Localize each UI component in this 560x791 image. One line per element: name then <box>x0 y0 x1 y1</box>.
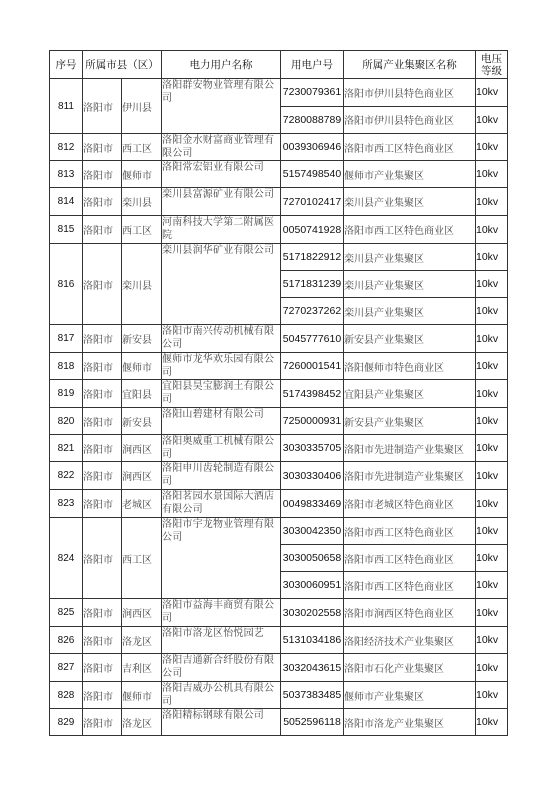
account-cell: 7250000931 <box>281 408 344 435</box>
voltage-cell: 10kv <box>476 161 508 188</box>
table-row: 821洛阳市涧西区洛阳奥威重工机械有限公司3030335705洛阳市先进制造产业… <box>50 435 508 462</box>
voltage-cell: 10kv <box>476 627 508 654</box>
user-name-cell: 洛阳市宇龙物业管理有限公司 <box>162 518 281 599</box>
voltage-cell: 10kv <box>476 298 508 325</box>
account-cell: 7280088789 <box>281 106 344 134</box>
seq-cell: 823 <box>50 490 83 518</box>
account-cell: 5045777610 <box>281 325 344 353</box>
city-cell: 洛阳市 <box>83 408 122 435</box>
account-cell: 5157498540 <box>281 161 344 188</box>
table-body: 811洛阳市伊川县洛阳群安物业管理有限公司7230079361洛阳市伊川县特色商… <box>50 79 508 736</box>
county-cell: 老城区 <box>122 490 162 518</box>
county-cell: 偃师市 <box>122 682 162 709</box>
table-row: 813洛阳市偃师市洛阳常宏铝业有限公司5157498540偃师市产业集聚区10k… <box>50 161 508 188</box>
table-row: 814洛阳市栾川县栾川县富源矿业有限公司7270102417栾川县产业集聚区10… <box>50 188 508 216</box>
voltage-cell: 10kv <box>476 271 508 298</box>
city-cell: 洛阳市 <box>83 161 122 188</box>
voltage-cell: 10kv <box>476 462 508 490</box>
account-cell: 5131034186 <box>281 627 344 654</box>
county-cell: 新安县 <box>122 325 162 353</box>
county-cell: 洛龙区 <box>122 627 162 654</box>
zone-cell: 栾川县产业集聚区 <box>344 271 476 298</box>
voltage-cell: 10kv <box>476 106 508 134</box>
account-cell: 3032043615 <box>281 654 344 682</box>
seq-cell: 822 <box>50 462 83 490</box>
table-row: 828洛阳市偃师市洛阳吉威办公机具有限公司5037383485偃师市产业集聚区1… <box>50 682 508 709</box>
zone-cell: 洛阳市西工区特色商业区 <box>344 134 476 161</box>
account-cell: 7270237262 <box>281 298 344 325</box>
header-seq: 序号 <box>50 51 83 79</box>
account-cell: 0039306946 <box>281 134 344 161</box>
table-row: 812洛阳市西工区洛阳金水财富商业管理有限公司0039306946洛阳市西工区特… <box>50 134 508 161</box>
voltage-cell: 10kv <box>476 380 508 408</box>
city-cell: 洛阳市 <box>83 518 122 599</box>
seq-cell: 811 <box>50 79 83 134</box>
zone-cell: 洛阳市先进制造产业集聚区 <box>344 435 476 462</box>
user-name-cell: 洛阳茗园水景国际大酒店有限公司 <box>162 490 281 518</box>
zone-cell: 洛阳市西工区特色商业区 <box>344 545 476 572</box>
user-name-cell: 洛阳山碧建材有限公司 <box>162 408 281 435</box>
city-cell: 洛阳市 <box>83 627 122 654</box>
header-user-name: 电力用户名称 <box>162 51 281 79</box>
zone-cell: 栾川县产业集聚区 <box>344 298 476 325</box>
table-row: 819洛阳市宜阳县宜阳县昊宝膨润土有限公司5174398452宜阳县产业集聚区1… <box>50 380 508 408</box>
table-row: 820洛阳市新安县洛阳山碧建材有限公司7250000931新安县产业集聚区10k… <box>50 408 508 435</box>
county-cell: 栾川县 <box>122 244 162 325</box>
table-row: 825洛阳市涧西区洛阳市益海丰商贸有限公司3030202558洛阳市涧西区特色商… <box>50 599 508 627</box>
voltage-cell: 10kv <box>476 654 508 682</box>
account-cell: 7270102417 <box>281 188 344 216</box>
county-cell: 偃师市 <box>122 353 162 380</box>
account-cell: 5037383485 <box>281 682 344 709</box>
seq-cell: 816 <box>50 244 83 325</box>
table-row: 822洛阳市涧西区洛阳申川齿轮制造有限公司3030330406洛阳市先进制造产业… <box>50 462 508 490</box>
table-row: 815洛阳市西工区河南科技大学第二附属医院0050741928洛阳市西工区特色商… <box>50 216 508 244</box>
header-voltage: 电压等级 <box>476 51 508 79</box>
user-name-cell: 洛阳申川齿轮制造有限公司 <box>162 462 281 490</box>
zone-cell: 洛阳经济技术产业集聚区 <box>344 627 476 654</box>
zone-cell: 洛阳市洛龙产业集聚区 <box>344 709 476 736</box>
city-cell: 洛阳市 <box>83 682 122 709</box>
header-region: 所属市县（区） <box>83 51 162 79</box>
voltage-cell: 10kv <box>476 244 508 271</box>
table-row: 817洛阳市新安县洛阳市南兴传动机械有限公司5045777610新安县产业集聚区… <box>50 325 508 353</box>
account-cell: 7260001541 <box>281 353 344 380</box>
user-name-cell: 栾川县富源矿业有限公司 <box>162 188 281 216</box>
table-row: 824洛阳市西工区洛阳市宇龙物业管理有限公司3030042350洛阳市西工区特色… <box>50 518 508 545</box>
city-cell: 洛阳市 <box>83 599 122 627</box>
power-users-table: 序号 所属市县（区） 电力用户名称 用电户号 所属产业集聚区名称 电压等级 81… <box>49 50 508 736</box>
user-name-cell: 洛阳奥威重工机械有限公司 <box>162 435 281 462</box>
account-cell: 3030050658 <box>281 545 344 572</box>
account-cell: 3030202558 <box>281 599 344 627</box>
seq-cell: 814 <box>50 188 83 216</box>
account-cell: 5171831239 <box>281 271 344 298</box>
city-cell: 洛阳市 <box>83 325 122 353</box>
seq-cell: 815 <box>50 216 83 244</box>
voltage-cell: 10kv <box>476 134 508 161</box>
seq-cell: 824 <box>50 518 83 599</box>
voltage-cell: 10kv <box>476 216 508 244</box>
user-name-cell: 洛阳金水财富商业管理有限公司 <box>162 134 281 161</box>
seq-cell: 826 <box>50 627 83 654</box>
zone-cell: 洛阳市老城区特色商业区 <box>344 490 476 518</box>
seq-cell: 813 <box>50 161 83 188</box>
voltage-cell: 10kv <box>476 435 508 462</box>
zone-cell: 栾川县产业集聚区 <box>344 188 476 216</box>
user-name-cell: 偃师市龙华欢乐园有限公司 <box>162 353 281 380</box>
city-cell: 洛阳市 <box>83 353 122 380</box>
voltage-cell: 10kv <box>476 545 508 572</box>
account-cell: 3030042350 <box>281 518 344 545</box>
zone-cell: 新安县产业集聚区 <box>344 325 476 353</box>
voltage-cell: 10kv <box>476 490 508 518</box>
table-row: 826洛阳市洛龙区洛阳市洛龙区怡悦园艺5131034186洛阳经济技术产业集聚区… <box>50 627 508 654</box>
seq-cell: 819 <box>50 380 83 408</box>
zone-cell: 洛阳市西工区特色商业区 <box>344 572 476 599</box>
zone-cell: 栾川县产业集聚区 <box>344 244 476 271</box>
zone-cell: 宜阳县产业集聚区 <box>344 380 476 408</box>
table-row: 818洛阳市偃师市偃师市龙华欢乐园有限公司7260001541洛阳偃师市特色商业… <box>50 353 508 380</box>
county-cell: 新安县 <box>122 408 162 435</box>
seq-cell: 817 <box>50 325 83 353</box>
user-name-cell: 洛阳群安物业管理有限公司 <box>162 79 281 134</box>
county-cell: 涧西区 <box>122 435 162 462</box>
city-cell: 洛阳市 <box>83 188 122 216</box>
user-name-cell: 宜阳县昊宝膨润土有限公司 <box>162 380 281 408</box>
city-cell: 洛阳市 <box>83 244 122 325</box>
table-header-row: 序号 所属市县（区） 电力用户名称 用电户号 所属产业集聚区名称 电压等级 <box>50 51 508 79</box>
county-cell: 涧西区 <box>122 462 162 490</box>
table-row: 816洛阳市栾川县栾川县润华矿业有限公司5171822912栾川县产业集聚区10… <box>50 244 508 271</box>
voltage-cell: 10kv <box>476 599 508 627</box>
account-cell: 5052596118 <box>281 709 344 736</box>
seq-cell: 827 <box>50 654 83 682</box>
zone-cell: 新安县产业集聚区 <box>344 408 476 435</box>
user-name-cell: 洛阳精标钢球有限公司 <box>162 709 281 736</box>
zone-cell: 洛阳市涧西区特色商业区 <box>344 599 476 627</box>
county-cell: 西工区 <box>122 134 162 161</box>
zone-cell: 洛阳市石化产业集聚区 <box>344 654 476 682</box>
document-page: 序号 所属市县（区） 电力用户名称 用电户号 所属产业集聚区名称 电压等级 81… <box>0 0 560 791</box>
county-cell: 栾川县 <box>122 188 162 216</box>
zone-cell: 洛阳市伊川县特色商业区 <box>344 79 476 107</box>
table-row: 827洛阳市吉利区洛阳吉通新合纤股份有限公司3032043615洛阳市石化产业集… <box>50 654 508 682</box>
header-account: 用电户号 <box>281 51 344 79</box>
seq-cell: 821 <box>50 435 83 462</box>
zone-cell: 洛阳市西工区特色商业区 <box>344 518 476 545</box>
seq-cell: 818 <box>50 353 83 380</box>
county-cell: 吉利区 <box>122 654 162 682</box>
table-row: 829洛阳市洛龙区洛阳精标钢球有限公司5052596118洛阳市洛龙产业集聚区1… <box>50 709 508 736</box>
seq-cell: 829 <box>50 709 83 736</box>
city-cell: 洛阳市 <box>83 216 122 244</box>
seq-cell: 820 <box>50 408 83 435</box>
zone-cell: 洛阳市先进制造产业集聚区 <box>344 462 476 490</box>
account-cell: 3030060951 <box>281 572 344 599</box>
county-cell: 伊川县 <box>122 79 162 134</box>
account-cell: 0049833469 <box>281 490 344 518</box>
user-name-cell: 栾川县润华矿业有限公司 <box>162 244 281 325</box>
user-name-cell: 洛阳市益海丰商贸有限公司 <box>162 599 281 627</box>
user-name-cell: 洛阳吉通新合纤股份有限公司 <box>162 654 281 682</box>
voltage-cell: 10kv <box>476 325 508 353</box>
voltage-cell: 10kv <box>476 682 508 709</box>
voltage-cell: 10kv <box>476 709 508 736</box>
account-cell: 3030335705 <box>281 435 344 462</box>
zone-cell: 偃师市产业集聚区 <box>344 682 476 709</box>
zone-cell: 偃师市产业集聚区 <box>344 161 476 188</box>
city-cell: 洛阳市 <box>83 709 122 736</box>
voltage-cell: 10kv <box>476 353 508 380</box>
user-name-cell: 河南科技大学第二附属医院 <box>162 216 281 244</box>
city-cell: 洛阳市 <box>83 462 122 490</box>
city-cell: 洛阳市 <box>83 654 122 682</box>
county-cell: 涧西区 <box>122 599 162 627</box>
table-row: 811洛阳市伊川县洛阳群安物业管理有限公司7230079361洛阳市伊川县特色商… <box>50 79 508 107</box>
account-cell: 5174398452 <box>281 380 344 408</box>
account-cell: 3030330406 <box>281 462 344 490</box>
county-cell: 偃师市 <box>122 161 162 188</box>
city-cell: 洛阳市 <box>83 79 122 134</box>
zone-cell: 洛阳偃师市特色商业区 <box>344 353 476 380</box>
user-name-cell: 洛阳常宏铝业有限公司 <box>162 161 281 188</box>
seq-cell: 812 <box>50 134 83 161</box>
seq-cell: 828 <box>50 682 83 709</box>
voltage-cell: 10kv <box>476 518 508 545</box>
county-cell: 宜阳县 <box>122 380 162 408</box>
voltage-cell: 10kv <box>476 188 508 216</box>
account-cell: 5171822912 <box>281 244 344 271</box>
user-name-cell: 洛阳市南兴传动机械有限公司 <box>162 325 281 353</box>
city-cell: 洛阳市 <box>83 380 122 408</box>
header-zone: 所属产业集聚区名称 <box>344 51 476 79</box>
county-cell: 西工区 <box>122 518 162 599</box>
user-name-cell: 洛阳吉威办公机具有限公司 <box>162 682 281 709</box>
county-cell: 西工区 <box>122 216 162 244</box>
city-cell: 洛阳市 <box>83 134 122 161</box>
zone-cell: 洛阳市伊川县特色商业区 <box>344 106 476 134</box>
voltage-cell: 10kv <box>476 572 508 599</box>
user-name-cell: 洛阳市洛龙区怡悦园艺 <box>162 627 281 654</box>
account-cell: 0050741928 <box>281 216 344 244</box>
county-cell: 洛龙区 <box>122 709 162 736</box>
voltage-cell: 10kv <box>476 79 508 107</box>
zone-cell: 洛阳市西工区特色商业区 <box>344 216 476 244</box>
seq-cell: 825 <box>50 599 83 627</box>
city-cell: 洛阳市 <box>83 490 122 518</box>
voltage-cell: 10kv <box>476 408 508 435</box>
city-cell: 洛阳市 <box>83 435 122 462</box>
account-cell: 7230079361 <box>281 79 344 107</box>
table-row: 823洛阳市老城区洛阳茗园水景国际大酒店有限公司0049833469洛阳市老城区… <box>50 490 508 518</box>
